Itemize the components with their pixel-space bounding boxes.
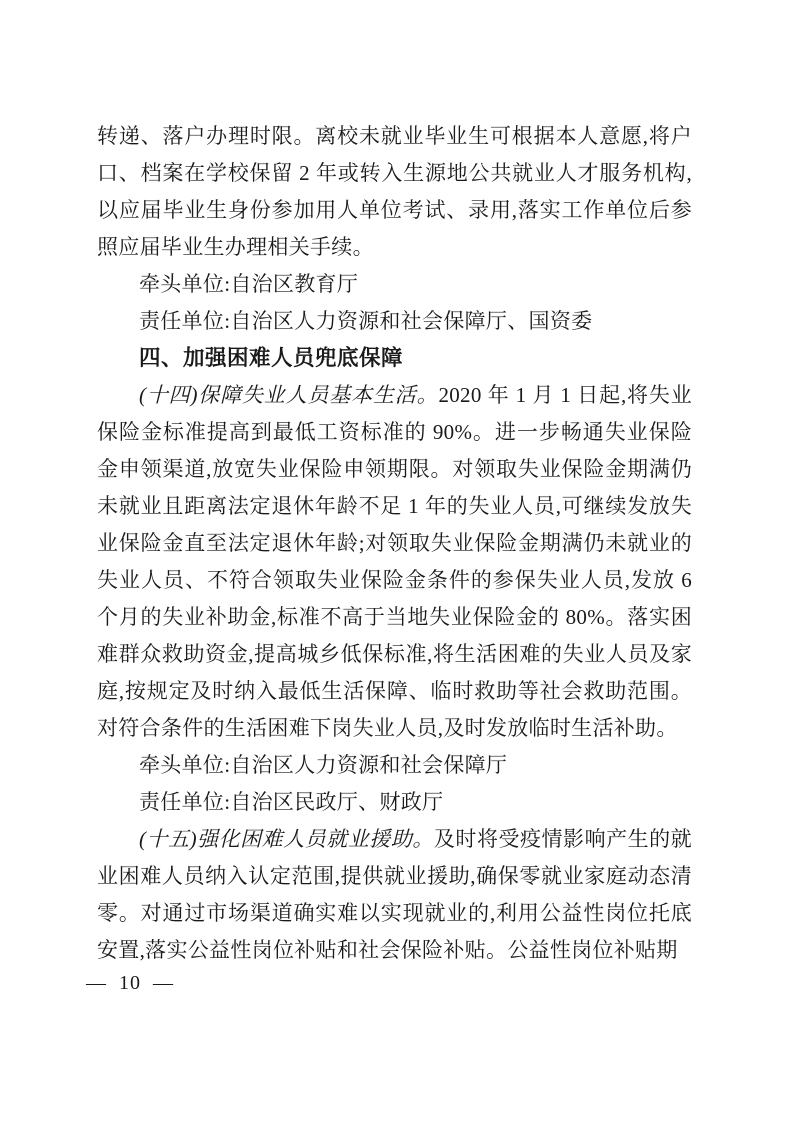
responsible-unit-line-2: 责任单位:自治区民政厅、财政厅: [97, 784, 692, 821]
item-14-lead: (十四)保障失业人员基本生活。: [139, 383, 438, 407]
item-15-lead: (十五)强化困难人员就业援助。: [139, 827, 434, 851]
item-14-body: 2020 年 1 月 1 日起,将失业保险金标准提高到最低工资标准的 90%。进…: [97, 383, 692, 740]
item-15-paragraph: (十五)强化困难人员就业援助。及时将受疫情影响产生的就业困难人员纳入认定范围,提…: [97, 821, 692, 969]
body-paragraph-continued: 转递、落户办理时限。离校未就业毕业生可根据本人意愿,将户口、档案在学校保留 2 …: [97, 118, 692, 266]
document-page: 转递、落户办理时限。离校未就业毕业生可根据本人意愿,将户口、档案在学校保留 2 …: [0, 0, 793, 1122]
section-heading: 四、加强困难人员兜底保障: [97, 340, 692, 377]
lead-unit-line-2: 牵头单位:自治区人力资源和社会保障厅: [97, 747, 692, 784]
page-number: — 10 —: [86, 970, 174, 996]
lead-unit-line: 牵头单位:自治区教育厅: [97, 266, 692, 303]
item-14-paragraph: (十四)保障失业人员基本生活。2020 年 1 月 1 日起,将失业保险金标准提…: [97, 377, 692, 747]
document-content: 转递、落户办理时限。离校未就业毕业生可根据本人意愿,将户口、档案在学校保留 2 …: [97, 118, 692, 969]
responsible-unit-line: 责任单位:自治区人力资源和社会保障厅、国资委: [97, 303, 692, 340]
